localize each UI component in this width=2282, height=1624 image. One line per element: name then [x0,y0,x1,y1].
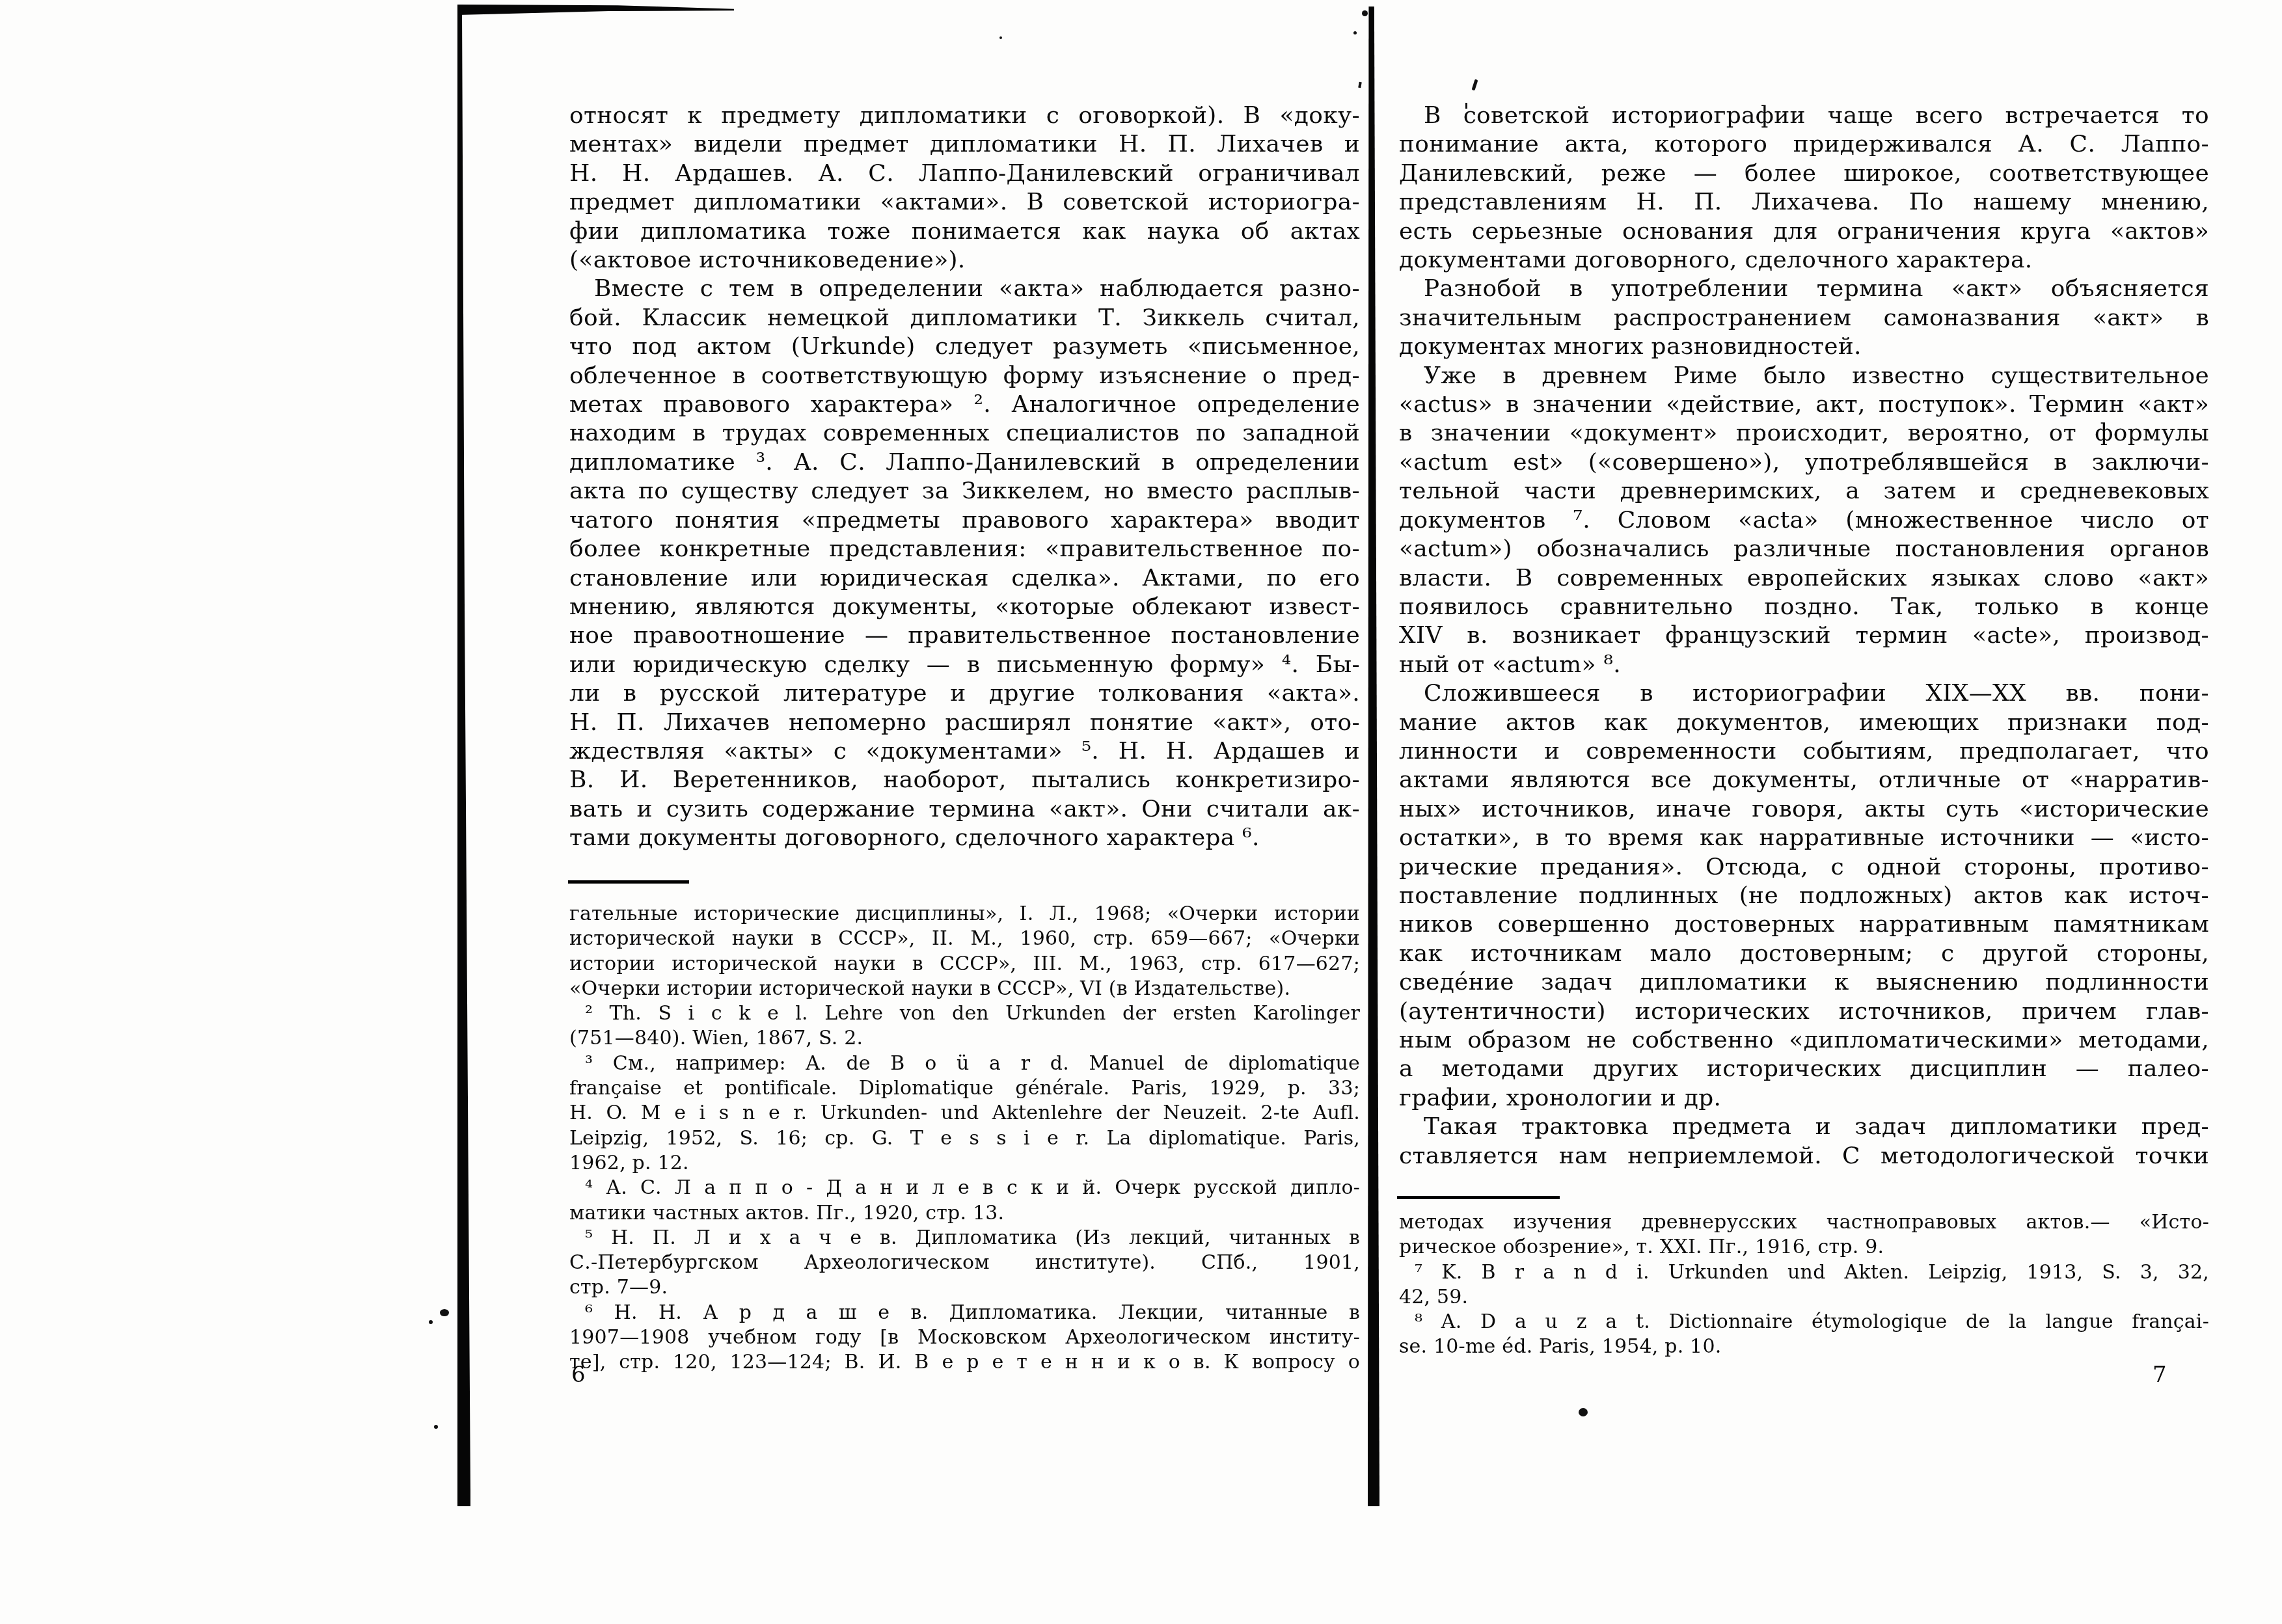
text-line: мание актов как документов, имеющих приз… [1399,709,2209,737]
left-page-top-edge-bar [457,5,734,15]
text-line: фии дипломатика тоже понимается как наук… [569,217,1360,246]
text-line: ⁷ K. B r a n d i. Urkunden und Akten. Le… [1399,1260,2209,1285]
text-line: ментах» видели предмет дипломатики Н. П.… [569,130,1360,159]
ink-dot-mark [1579,1408,1588,1416]
text-line: ⁵ Н. П. Л и х а ч е в. Дипломатика (Из л… [569,1226,1360,1251]
text-line: Уже в древнем Риме было известно существ… [1399,362,2209,390]
paragraph: ³ См., например: A. de B o ü a r d. Manu… [569,1051,1360,1176]
text-line: сведе́ние задач дипломатики к выяснению … [1399,968,2209,997]
text-line: «actum est» («совершено»), употреблявшей… [1399,448,2209,477]
text-line: ² Th. S i c k e l. Lehre von den Urkunde… [569,1001,1360,1026]
text-line: графии, хронологии и др. [1399,1084,2209,1113]
text-line: «actum») обозначались различные постанов… [1399,535,2209,563]
text-line: Такая трактовка предмета и задач диплома… [1399,1113,2209,1141]
text-line: H. O. M e i s n e r. Urkunden- und Akten… [569,1101,1360,1126]
text-line: (аутентичности) исторических источников,… [1399,997,2209,1026]
text-line: рические предания». Отсюда, с одной стор… [1399,853,2209,882]
text-line: «Очерки истории исторической науки в ССС… [569,977,1360,1001]
text-line: ных» источников, иначе говоря, акты суть… [1399,795,2209,824]
text-line: документов ⁷. Словом «acta» (множественн… [1399,506,2209,535]
text-line: исторической науки в СССР», II. М., 1960… [569,927,1360,951]
text-line: Н. П. Лихачев непомерно расширял понятие… [569,709,1360,737]
text-line: XIV в. возникает французский термин «act… [1399,621,2209,650]
text-line: как источникам мало достоверным; с друго… [1399,940,2209,968]
paragraph: относят к предмету дипломатики с оговорк… [569,101,1360,275]
body-text-right: В советской историографии чаще всего вст… [1399,101,2209,1171]
footnote-rule-right [1397,1196,1560,1199]
paragraph: гательные исторические дисциплины», I. Л… [569,902,1360,1001]
text-line: вать и сузить содержание термина «акт». … [569,795,1360,824]
text-line: дипломатике ³. А. С. Лаппо-Данилевский в… [569,448,1360,477]
text-line: а методами других исторических дисциплин… [1399,1055,2209,1083]
text-line: ное правоотношение — правительственное п… [569,621,1360,650]
text-line: ⁴ А. С. Л а п п о - Д а н и л е в с к и … [569,1176,1360,1200]
text-line: методах изучения древнерусских частнопра… [1399,1210,2209,1235]
paragraph: ² Th. S i c k e l. Lehre von den Urkunde… [569,1001,1360,1051]
text-line: документах многих разновидностей. [1399,332,2209,361]
text-line: поставление подлинных (не подложных) акт… [1399,882,2209,910]
ink-speck [440,1309,449,1316]
text-line: значительным распространением самоназван… [1399,304,2209,332]
text-line: «actus» в значении «действие, акт, посту… [1399,390,2209,419]
text-line: что под актом (Urkunde) следует разуметь… [569,332,1360,361]
text-line: С.-Петербургском Археологическом институ… [569,1251,1360,1275]
text-line: ставляется нам неприемлемой. С методолог… [1399,1142,2209,1171]
text-line: власти. В современных европейских языках… [1399,564,2209,593]
paragraph: ⁷ K. B r a n d i. Urkunden und Akten. Le… [1399,1260,2209,1310]
ink-speck [1362,10,1368,16]
text-line: («актовое источниковедение»). [569,246,1360,275]
scanned-book-spread: относят к предмету дипломатики с оговорк… [0,0,2282,1624]
text-line: тами документы договорного, сделочного х… [569,824,1360,852]
text-line: появилось сравнительно поздно. Так, толь… [1399,593,2209,621]
text-line: В советской историографии чаще всего вст… [1399,101,2209,130]
text-line: ⁸ A. D a u z a t. Dictionnaire étymologi… [1399,1310,2209,1334]
text-line: ный от «actum» ⁸. [1399,651,2209,679]
footnotes-right: методах изучения древнерусских частнопра… [1399,1210,2209,1360]
text-line: ников совершенно достоверных нарративным… [1399,910,2209,939]
text-line: чатого понятия «предметы правового харак… [569,506,1360,535]
text-line: ным образом не собственно «дипломатическ… [1399,1026,2209,1055]
text-line: Сложившееся в историографии XIX—XX вв. п… [1399,679,2209,708]
footnotes-left: гательные исторические дисциплины», I. Л… [569,902,1360,1375]
text-line: документами договорного, сделочного хара… [1399,246,2209,275]
text-line: стр. 7—9. [569,1275,1360,1300]
text-line: 42, 59. [1399,1285,2209,1310]
text-line: ³ См., например: A. de B o ü a r d. Manu… [569,1051,1360,1076]
paragraph: Такая трактовка предмета и задач диплома… [1399,1113,2209,1171]
paragraph: Сложившееся в историографии XIX—XX вв. п… [1399,679,2209,1113]
text-line: метах правового характера» ². Аналогично… [569,390,1360,419]
text-line: ли в русской литературе и другие толкова… [569,679,1360,708]
paragraph: ⁸ A. D a u z a t. Dictionnaire étymologi… [1399,1310,2209,1360]
page-number-right: 7 [2153,1363,2167,1387]
ink-speck [999,36,1002,39]
text-line: более конкретные представления: «правите… [569,535,1360,563]
text-line: те], стр. 120, 123—124; В. И. В е р е т … [569,1350,1360,1375]
text-line: облеченное в соответствующую форму изъяс… [569,362,1360,390]
text-line: Leipzig, 1952, S. 16; ср. G. T e s s i e… [569,1126,1360,1151]
text-line: представлениям Н. П. Лихачева. По нашему… [1399,188,2209,217]
paragraph: Разнобой в употреблении термина «акт» об… [1399,275,2209,361]
text-line: В. И. Веретенников, наоборот, пытались к… [569,766,1360,794]
page-number-left: 6 [571,1363,586,1387]
text-line: française et pontificale. Diplomatique g… [569,1076,1360,1101]
left-page-edge-bar [457,8,470,1506]
text-line: или юридическую сделку — в письменную фо… [569,651,1360,679]
text-line: рическое обозрение», т. XXI. Пг., 1916, … [1399,1235,2209,1260]
paragraph: В советской историографии чаще всего вст… [1399,101,2209,275]
text-line: относят к предмету дипломатики с оговорк… [569,101,1360,130]
paragraph: ⁶ Н. Н. А р д а ш е в. Дипломатика. Лекц… [569,1301,1360,1375]
text-line: матики частных актов. Пг., 1920, стр. 13… [569,1201,1360,1226]
text-line: актами являются все документы, отличные … [1399,766,2209,794]
text-line: бой. Классик немецкой дипломатики Т. Зик… [569,304,1360,332]
text-line: Разнобой в употреблении термина «акт» об… [1399,275,2209,303]
text-line: тельной части древнеримских, а затем и с… [1399,477,2209,506]
text-line: в значении «документ» происходит, вероят… [1399,419,2209,448]
text-line: акта по существу следует за Зиккелем, но… [569,477,1360,506]
text-line: ждествляя «акты» с «документами» ⁵. Н. Н… [569,737,1360,766]
text-line: Н. Н. Ардашев. А. С. Лаппо-Данилевский о… [569,159,1360,188]
text-line: se. 10-me éd. Paris, 1954, p. 10. [1399,1334,2209,1359]
ink-speck [1471,79,1478,91]
footnote-rule-left [568,880,689,884]
paragraph: ⁵ Н. П. Л и х а ч е в. Дипломатика (Из л… [569,1226,1360,1301]
paragraph: Вместе с тем в определении «акта» наблюд… [569,275,1360,852]
ink-speck [429,1320,433,1324]
text-line: 1907—1908 учебном году [в Московском Арх… [569,1325,1360,1350]
ink-speck [1353,31,1357,34]
paragraph: Уже в древнем Риме было известно существ… [1399,362,2209,679]
ink-speck [434,1425,438,1429]
text-line: понимание акта, которого придерживался А… [1399,130,2209,159]
text-line: предмет дипломатики «актами». В советско… [569,188,1360,217]
text-line: Данилевский, реже — более широкое, соотв… [1399,159,2209,188]
ink-speck [1358,82,1362,88]
text-line: есть серьезные основания для ограничения… [1399,217,2209,246]
text-line: мнению, являются документы, «которые обл… [569,593,1360,621]
paragraph: ⁴ А. С. Л а п п о - Д а н и л е в с к и … [569,1176,1360,1226]
text-line: гательные исторические дисциплины», I. Л… [569,902,1360,927]
body-text-left: относят к предмету дипломатики с оговорк… [569,101,1360,853]
text-line: остатки», в то время как нарративные ист… [1399,824,2209,852]
text-line: 1962, p. 12. [569,1151,1360,1176]
text-line: становление или юридическая сделка». Акт… [569,564,1360,593]
text-line: Вместе с тем в определении «акта» наблюд… [569,275,1360,303]
text-line: (751—840). Wien, 1867, S. 2. [569,1026,1360,1051]
paragraph: методах изучения древнерусских частнопра… [1399,1210,2209,1260]
text-line: истории исторической науки в СССР», III.… [569,952,1360,977]
gutter-shadow-bar [1368,7,1379,1506]
text-line: находим в трудах современных специалисто… [569,419,1360,448]
text-line: ⁶ Н. Н. А р д а ш е в. Дипломатика. Лекц… [569,1301,1360,1325]
text-line: линности и современности событиям, предп… [1399,737,2209,766]
